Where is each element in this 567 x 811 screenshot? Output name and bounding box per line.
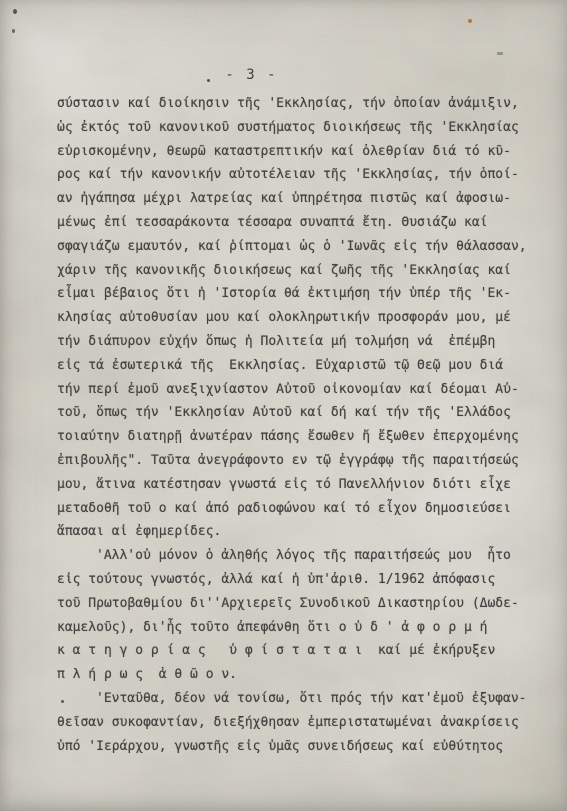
text-line: μένως ἐπί τεσσαράκοντα τέσσαρα συναπτά ἔ…	[57, 211, 537, 235]
text-line: τοῦ, ὅπως τήν 'Εκκλησίαν Αὐτοῦ καί δή κα…	[57, 401, 537, 425]
text-line: αν ἠγάπησα μέχρι λατρείας καί ὑπηρέτησα …	[57, 187, 537, 211]
text-line: σύστασιν καί διοίκησιν τῆς 'Εκκλησίας, τ…	[57, 92, 537, 116]
text-line: 'Ενταῦθα, δέον νά τονίσω, ὅτι πρός τήν κ…	[57, 687, 537, 711]
text-line: ἅπασαι αἱ ἐφημερίδες.	[57, 520, 537, 544]
paragraph: σύστασιν καί διοίκησιν τῆς 'Εκκλησίας, τ…	[57, 92, 537, 544]
text-line: εὑρισκομένην, θεωρῶ καταστρεπτικήν καί ὀ…	[57, 140, 537, 164]
document-page: - 3 - σύστασιν καί διοίκησιν τῆς 'Εκκλησ…	[0, 0, 567, 811]
text-line: τήν διάπυρον εὐχήν ὅπως ἡ Πολιτεία μή το…	[57, 330, 537, 354]
text-line: καμελοῦς), δι'ἧς τοῦτο ἀπεφάνθη ὅτι ο ὐ …	[57, 616, 537, 640]
text-line: κ α τ η γ ο ρ ί α ς ὑ φ ί σ τ α τ α ι κα…	[57, 639, 537, 663]
text-line: σφαγιάζω εμαυτόν, καί ῥίπτομαι ὡς ὁ 'Ιων…	[57, 235, 537, 259]
text-line: ρος καί τήν κανονικήν αὐτοτέλειαν τῆς 'Ε…	[57, 163, 537, 187]
text-line: ἐπιβουλῆς". Ταῦτα ἀνεγράφοντο εν τῷ ἐγγρ…	[57, 449, 537, 473]
text-line: εἶμαι βέβαιος ὅτι ἡ 'Ιστορία θά ἐκτιμήση…	[57, 282, 537, 306]
text-line: 'Αλλ'οὐ μόνον ὁ ἀληθής λόγος τῆς παραιτή…	[57, 544, 537, 568]
paper-speck	[12, 29, 15, 33]
text-line: εἰς τούτους γνωστός, ἀλλά καί ἡ ὑπ'ἀριθ.…	[57, 568, 537, 592]
text-line: θεῖσαν συκοφαντίαν, διεξήχθησαν ἐμπεριστ…	[57, 711, 537, 735]
text-line: μεταδοθῆ τοῦ ο καί ἀπό ραδιοφώνου καί τό…	[57, 497, 537, 521]
text-line: εἰς τά ἐσωτερικά τῆς Εκκλησίας. Εὐχαριστ…	[57, 354, 537, 378]
paper-speck	[13, 9, 17, 14]
text-line: τοῦ Πρωτοβαθμίου δι''Αρχιερεῖς Συνοδικοῦ…	[57, 592, 537, 616]
text-line: τοιαύτην διατηρῇ ἀνωτέραν πάσης ἔσωθεν ἤ…	[57, 425, 537, 449]
text-line: ὡς ἐκτός τοῦ κανονικοῦ συστήματος διοική…	[57, 116, 537, 140]
page-number: - 3 -	[0, 67, 535, 83]
paragraph: 'Αλλ'οὐ μόνον ὁ ἀληθής λόγος τῆς παραιτή…	[57, 544, 537, 687]
document-text: σύστασιν καί διοίκησιν τῆς 'Εκκλησίας, τ…	[57, 92, 537, 758]
text-line: κλησίας αὐτοθυσίαν μου καί ολοκληρωτικήν…	[57, 306, 537, 330]
text-line: π λ ή ρ ω ς ἀ θ ῶ ο ν.	[57, 663, 537, 687]
paper-speck	[497, 52, 503, 55]
text-line: τήν περί ἐμοῦ ανεξιχνίαστον Αὐτοῦ οἰκονο…	[57, 378, 537, 402]
text-line: χάριν τῆς κανονικῆς διοικήσεως καί ζωῆς …	[57, 259, 537, 283]
text-line: ὑπό 'Ιεράρχου, γνωστῆς εἰς ὑμᾶς συνειδήσ…	[57, 735, 537, 759]
paragraph: 'Ενταῦθα, δέον νά τονίσω, ὅτι πρός τήν κ…	[57, 687, 537, 758]
text-line: μου, ἅτινα κατέστησαν γνωστά εἰς τό Πανε…	[57, 473, 537, 497]
paper-speck	[468, 19, 472, 23]
